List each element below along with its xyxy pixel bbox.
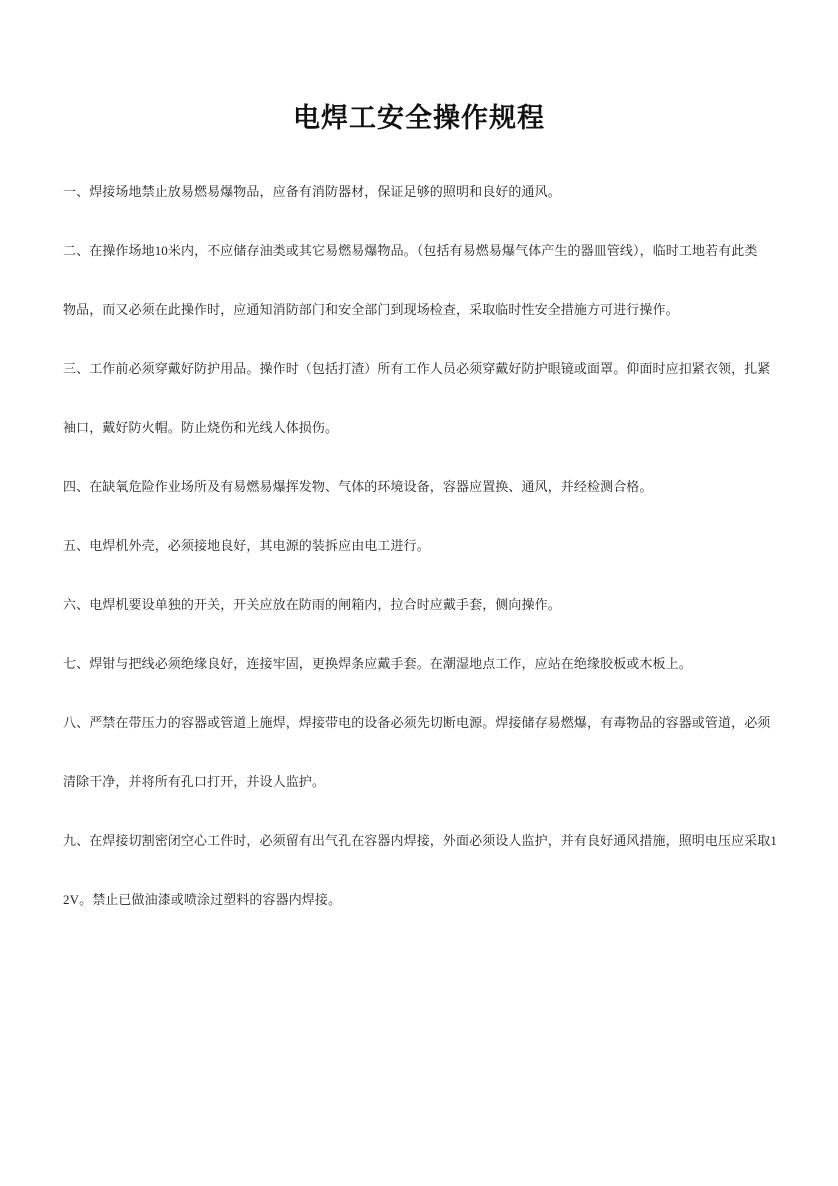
rule-paragraph-6: 六、电焊机要设单独的开关，开关应放在防雨的闸箱内，拉合时应戴手套，侧向操作。 [63, 596, 777, 655]
text-line: 一、焊接场地禁止放易燃易爆物品，应备有消防器材，保证足够的照明和良好的通风。 [63, 183, 777, 242]
rule-paragraph-3: 三、工作前必须穿戴好防护用品。操作时（包括打渣）所有工作人员必须穿戴好防护眼镜或… [63, 360, 777, 478]
text-line: 物品，而又必须在此操作时，应通知消防部门和安全部门到现场检查，采取临时性安全措施… [63, 301, 777, 360]
text-line: 二、在操作场地10米内，不应储存油类或其它易燃易爆物品。（包括有易燃易爆气体产生… [63, 242, 777, 301]
rule-paragraph-7: 七、焊钳与把线必须绝缘良好，连接牢固，更换焊条应戴手套。在潮湿地点工作，应站在绝… [63, 655, 777, 714]
rule-paragraph-8: 八、严禁在带压力的容器或管道上施焊，焊接带电的设备必须先切断电源。焊接储存易燃爆… [63, 714, 777, 832]
rule-paragraph-1: 一、焊接场地禁止放易燃易爆物品，应备有消防器材，保证足够的照明和良好的通风。 [63, 183, 777, 242]
rule-paragraph-4: 四、在缺氧危险作业场所及有易燃易爆挥发物、气体的环境设备，容器应置换、通风，并经… [63, 478, 777, 537]
text-line: 四、在缺氧危险作业场所及有易燃易爆挥发物、气体的环境设备，容器应置换、通风，并经… [63, 478, 777, 537]
text-line: 袖口，戴好防火帽。防止烧伤和光线人体损伤。 [63, 419, 777, 478]
document-title: 电焊工安全操作规程 [0, 100, 838, 136]
text-line: 八、严禁在带压力的容器或管道上施焊，焊接带电的设备必须先切断电源。焊接储存易燃爆… [63, 714, 777, 773]
text-line: 五、电焊机外壳，必须接地良好，其电源的装拆应由电工进行。 [63, 537, 777, 596]
text-line: 清除干净，并将所有孔口打开，并设人监护。 [63, 773, 777, 832]
text-line: 三、工作前必须穿戴好防护用品。操作时（包括打渣）所有工作人员必须穿戴好防护眼镜或… [63, 360, 777, 419]
rule-paragraph-5: 五、电焊机外壳，必须接地良好，其电源的装拆应由电工进行。 [63, 537, 777, 596]
document-body: 一、焊接场地禁止放易燃易爆物品，应备有消防器材，保证足够的照明和良好的通风。 二… [63, 183, 777, 950]
text-line: 九、在焊接切割密闭空心工件时，必须留有出气孔在容器内焊接，外面必须设人监护，并有… [63, 832, 777, 891]
text-line: 六、电焊机要设单独的开关，开关应放在防雨的闸箱内，拉合时应戴手套，侧向操作。 [63, 596, 777, 655]
text-line: 2V。禁止已做油漆或喷涂过塑料的容器内焊接。 [63, 891, 777, 950]
rule-paragraph-9: 九、在焊接切割密闭空心工件时，必须留有出气孔在容器内焊接，外面必须设人监护，并有… [63, 832, 777, 950]
text-line: 七、焊钳与把线必须绝缘良好，连接牢固，更换焊条应戴手套。在潮湿地点工作，应站在绝… [63, 655, 777, 714]
rule-paragraph-2: 二、在操作场地10米内，不应储存油类或其它易燃易爆物品。（包括有易燃易爆气体产生… [63, 242, 777, 360]
document-page: 电焊工安全操作规程 一、焊接场地禁止放易燃易爆物品，应备有消防器材，保证足够的照… [0, 0, 838, 1186]
